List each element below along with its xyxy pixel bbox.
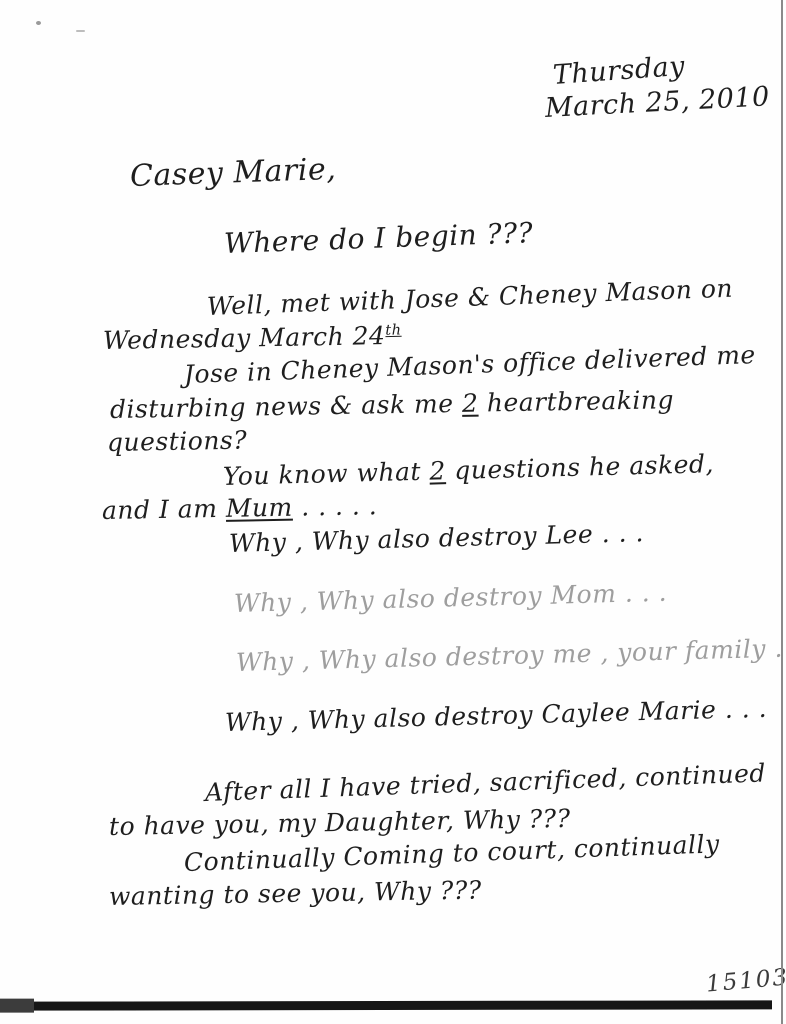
letter-text-segment: questions? (107, 426, 248, 457)
body-line: Well, met with Jose & Cheney Mason on (207, 276, 734, 319)
letter-text-segment: heartbreaking (478, 385, 674, 417)
letter-text-segment: Why , Why also destroy Lee . . . (229, 518, 645, 558)
salutation-line: Casey Marie, (129, 155, 336, 192)
letter-page: Thursday March 25, 2010 Casey Marie, Whe… (0, 0, 786, 1024)
page-number: 15103 (705, 964, 786, 997)
letter-text-segment: and I am (102, 494, 226, 525)
body-line: After all I have tried, sacrificed, cont… (205, 760, 767, 805)
why-me-family-line: Why , Why also destroy me , your family … (236, 635, 786, 675)
letter-text-segment: Well, met with Jose & Cheney Mason on (206, 274, 733, 321)
letter-text-segment: You know what (223, 457, 430, 491)
body-line: to have you, my Daughter, Why ??? (109, 806, 571, 839)
body-line: wanting to see you, Why ??? (109, 877, 482, 908)
letter-text-segment: questions he asked, (445, 449, 714, 485)
opening-question-line: Where do I begin ??? (224, 219, 534, 258)
letter-text-segment: Why , Why also destroy Caylee Marie . . … (225, 694, 768, 737)
letter-text-segment: After all I have tried, sacrificed, cont… (204, 758, 766, 807)
letter-text-segment: Casey Marie, (129, 152, 336, 194)
why-caylee-line: Why , Why also destroy Caylee Marie . . … (225, 696, 768, 735)
body-line: and I am Mum . . . . . (102, 493, 378, 523)
scan-speck (76, 30, 85, 32)
body-line: questions? (107, 428, 248, 455)
letter-text-segment: . . . . . (292, 491, 377, 521)
why-mom-line: Why , Why also destroy Mom . . . (234, 580, 668, 616)
letter-text-segment: 2 (429, 456, 446, 485)
letter-text-segment: Wednesday March 24 (103, 321, 386, 355)
letter-text-segment: Mum (226, 493, 293, 523)
footer-black-bar (0, 1000, 772, 1010)
scan-edge-line (781, 0, 783, 1024)
letter-text-segment: wanting to see you, Why ??? (109, 875, 482, 910)
letter-text-segment: Why , Why also destroy Mom . . . (234, 578, 668, 618)
scan-speck (36, 21, 41, 25)
letter-text-segment: Why , Why also destroy me , your family … (236, 633, 786, 677)
letter-text-segment: Thursday (552, 51, 686, 91)
body-line: disturbing news & ask me 2 heartbreaking (110, 387, 674, 422)
letter-text-segment: 2 (462, 389, 479, 418)
body-line: Wednesday March 24th (103, 323, 402, 353)
letter-text-segment: disturbing news & ask me (110, 389, 462, 424)
letter-text-segment: to have you, my Daughter, Why ??? (109, 804, 571, 841)
date-weekday-line: Thursday (552, 53, 686, 89)
body-line: You know what 2 questions he asked, (223, 451, 715, 489)
letter-text-segment: th (385, 322, 401, 338)
why-lee-line: Why , Why also destroy Lee . . . (229, 520, 644, 556)
letter-text-segment: Where do I begin ??? (223, 216, 533, 260)
